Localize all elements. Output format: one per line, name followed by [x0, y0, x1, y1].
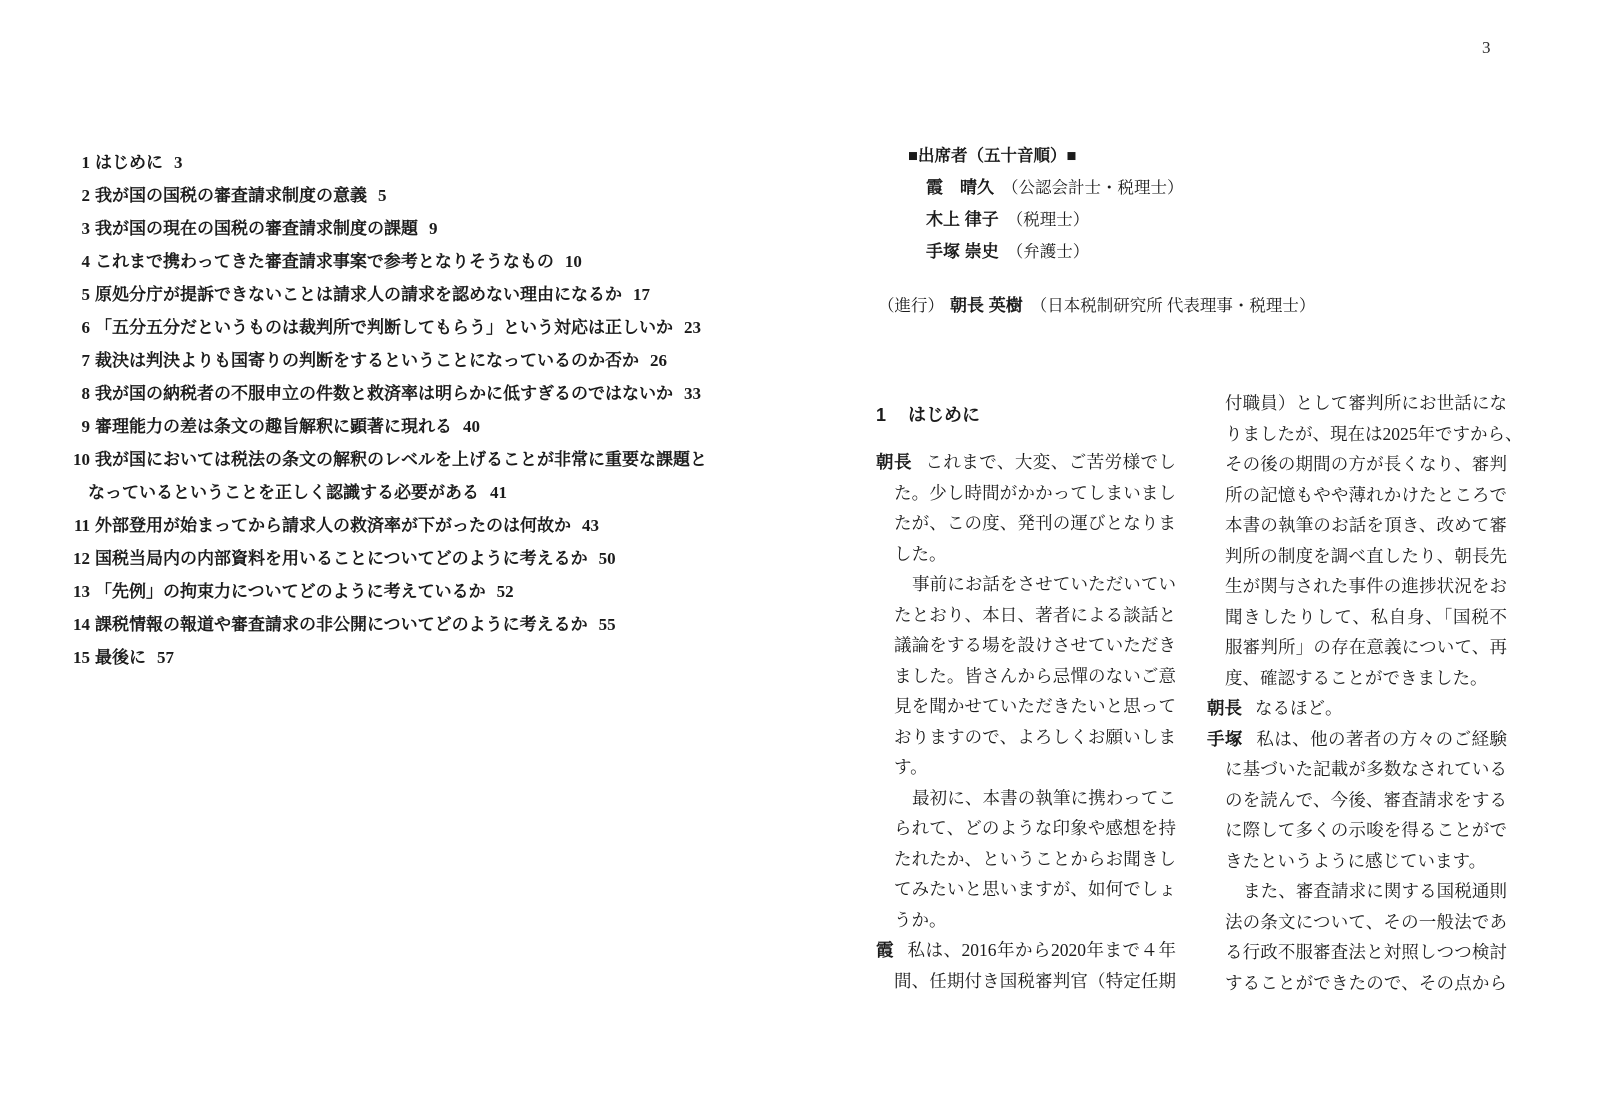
dialogue-text: ました。皆さんから忌憚のないご意	[894, 666, 1176, 686]
dialogue-text: なるほど。	[1255, 698, 1343, 718]
dialogue-line: 生が関与された事件の進捗状況をお	[1225, 571, 1507, 602]
dialogue-text: 判所の制度を調べ直したり、朝長先	[1225, 546, 1507, 566]
toc-item-page: 26	[650, 351, 667, 370]
dialogue-text: 聞きしたりして、私自身、「国税不	[1225, 607, 1507, 627]
moderator-line: （進行）朝長 英樹（日本税制研究所 代表理事・税理士）	[878, 290, 1315, 321]
toc-item-number: 12	[68, 542, 90, 575]
toc-item-number: 3	[68, 212, 90, 245]
toc-item: 10我が国においては税法の条文の解釈のレベルを上げることが非常に重要な課題となっ…	[68, 443, 718, 509]
dialogue-line: られて、どのような印象や感想を持	[894, 813, 1176, 844]
attendee-name: 木上 律子	[926, 210, 999, 229]
toc-item-page: 43	[582, 516, 599, 535]
toc-item-title: 裁決は判決よりも国寄りの判断をするということになっているのか否か	[95, 351, 639, 370]
dialogue-text: 付職員）として審判所にお世話にな	[1225, 393, 1507, 413]
dialogue-text: 法の条文について、その一般法であ	[1225, 912, 1507, 932]
attendee-name: 霞 晴久	[926, 178, 994, 197]
dialogue-line: る行政不服審査法と対照しつつ検討	[1225, 937, 1507, 968]
dialogue-text: りましたが、現在は2025年ですから、	[1225, 424, 1523, 444]
dialogue-line: たとおり、本日、著者による談話と	[894, 600, 1176, 631]
toc-item-page: 41	[490, 483, 507, 502]
toc-item-number: 6	[68, 311, 90, 344]
dialogue-text: に基づいた記載が多数なされている	[1225, 759, 1507, 779]
participants-header: ■出席者（五十音順）■	[908, 141, 1315, 172]
participants-block: ■出席者（五十音順）■ 霞 晴久（公認会計士・税理士）木上 律子（税理士）手塚 …	[878, 141, 1315, 321]
dialogue-text: 議論をする場を設けさせていただき	[894, 635, 1176, 655]
toc-item-title: 我が国の国税の審査請求制度の意義	[95, 186, 367, 205]
toc-item: 11外部登用が始まってから請求人の救済率が下がったのは何故か43	[68, 509, 718, 542]
toc-item-page: 23	[684, 318, 701, 337]
attendee-role: （弁護士）	[1007, 242, 1090, 261]
toc-item-title: これまで携わってきた審査請求事案で参考となりそうなもの	[95, 252, 554, 271]
toc-item-number: 4	[68, 245, 90, 278]
toc-item: 7裁決は判決よりも国寄りの判断をするということになっているのか否か26	[68, 344, 718, 377]
toc-item-title: 外部登用が始まってから請求人の救済率が下がったのは何故か	[95, 516, 571, 535]
dialogue-line: りましたが、現在は2025年ですから、	[1225, 419, 1507, 450]
toc-item: 5原処分庁が提訴できないことは請求人の請求を認めない理由になるか17	[68, 278, 718, 311]
section-title: はじめに	[908, 405, 980, 425]
toc-item-title: 審理能力の差は条文の趣旨解釈に顕著に現れる	[95, 417, 452, 436]
dialogue-text: その後の期間の方が長くなり、審判	[1225, 454, 1507, 474]
toc-item-page: 40	[463, 417, 480, 436]
book-spread-page: 3 1はじめに32我が国の国税の審査請求制度の意義53我が国の現在の国税の審査請…	[0, 0, 1600, 1118]
dialogue-text: 生が関与された事件の進捗状況をお	[1225, 576, 1507, 596]
dialogue-line: 間、任期付き国税審判官（特定任期	[894, 966, 1176, 997]
dialogue-line: たが、この度、発刊の運びとなりま	[894, 508, 1176, 539]
dialogue-line: 聞きしたりして、私自身、「国税不	[1225, 602, 1507, 633]
attendee-row: 木上 律子（税理士）	[926, 204, 1315, 236]
toc-item-title: 国税当局内の内部資料を用いることについてどのように考えるか	[95, 549, 588, 568]
toc-item-number: 13	[68, 575, 90, 608]
dialogue-text: 服審判所」の存在意義について、再	[1225, 637, 1507, 657]
attendee-role: （公認会計士・税理士）	[1002, 178, 1184, 197]
attendee-row: 霞 晴久（公認会計士・税理士）	[926, 172, 1315, 204]
toc-item-page: 52	[497, 582, 514, 601]
dialogue-text: きたというように感じています。	[1225, 851, 1486, 871]
dialogue-line: 本書の執筆のお話を頂き、改めて審	[1225, 510, 1507, 541]
dialogue-text: 見を聞かせていただきたいと思って	[894, 696, 1176, 716]
dialogue-text: 事前にお話をさせていただいてい	[912, 574, 1176, 594]
dialogue-text: 所の記憶もやや薄れかけたところで	[1225, 485, 1507, 505]
dialogue-line: 見を聞かせていただきたいと思って	[894, 691, 1176, 722]
toc-item: 3我が国の現在の国税の審査請求制度の課題9	[68, 212, 718, 245]
dialogue-text: 間、任期付き国税審判官（特定任期	[894, 971, 1176, 991]
dialogue-column-left: 朝長これまで、大変、ご苦労様でした。少し時間がかかってしまいましたが、この度、発…	[876, 447, 1176, 996]
dialogue-line: 法の条文について、その一般法であ	[1225, 907, 1507, 938]
dialogue-line: 事前にお話をさせていただいてい	[912, 569, 1176, 600]
dialogue-text: これまで、大変、ご苦労様でし	[925, 452, 1176, 472]
dialogue-text: 度、確認することができました。	[1225, 668, 1488, 688]
dialogue-line: たれたか、ということからお聞きし	[894, 844, 1176, 875]
dialogue-column-right: 付職員）として審判所にお世話になりましたが、現在は2025年ですから、その後の期…	[1207, 388, 1507, 998]
dialogue-line: てみたいと思いますが、如何でしょ	[894, 874, 1176, 905]
dialogue-text: 本書の執筆のお話を頂き、改めて審	[1225, 515, 1507, 535]
dialogue-text: たとおり、本日、著者による談話と	[894, 605, 1176, 625]
dialogue-text: す。	[894, 757, 928, 777]
moderator-prefix: （進行）	[878, 296, 944, 315]
toc-item: 4これまで携わってきた審査請求事案で参考となりそうなもの10	[68, 245, 718, 278]
dialogue-line: 度、確認することができました。	[1225, 663, 1507, 694]
toc-item-number: 5	[68, 278, 90, 311]
toc-item-title: 我が国においては税法の条文の解釈のレベルを上げることが非常に重要な課題となってい…	[88, 450, 707, 502]
dialogue-line: 最初に、本書の執筆に携わってこ	[912, 783, 1176, 814]
toc-item-title: 原処分庁が提訴できないことは請求人の請求を認めない理由になるか	[95, 285, 622, 304]
toc-item-number: 2	[68, 179, 90, 212]
dialogue-line: のを読んで、今後、審査請求をする	[1225, 785, 1507, 816]
toc-item-title: 「五分五分だというものは裁判所で判断してもらう」という対応は正しいか	[95, 318, 673, 337]
toc-item-page: 9	[429, 219, 438, 238]
dialogue-line: 朝長これまで、大変、ご苦労様でし	[876, 447, 1176, 478]
dialogue-line: に基づいた記載が多数なされている	[1225, 754, 1507, 785]
toc-item: 12国税当局内の内部資料を用いることについてどのように考えるか50	[68, 542, 718, 575]
toc-item-page: 55	[599, 615, 616, 634]
attendee-name: 手塚 崇史	[926, 242, 999, 261]
dialogue-line: 霞私は、2016年から2020年まで４年	[876, 935, 1176, 966]
toc-item: 1はじめに3	[68, 146, 718, 179]
dialogue-line: ました。皆さんから忌憚のないご意	[894, 661, 1176, 692]
dialogue-line: 判所の制度を調べ直したり、朝長先	[1225, 541, 1507, 572]
toc-item-number: 1	[68, 146, 90, 179]
dialogue-line: た。少し時間がかかってしまいまし	[894, 478, 1176, 509]
speaker-label: 手塚	[1207, 729, 1243, 749]
toc-item-page: 33	[684, 384, 701, 403]
dialogue-line: 手塚私は、他の著者の方々のご経験	[1207, 724, 1507, 755]
toc-item-title: 「先例」の拘束力についてどのように考えているか	[95, 582, 486, 601]
speaker-label: 朝長	[1207, 698, 1242, 718]
toc-item-page: 17	[633, 285, 650, 304]
toc-item: 14課税情報の報道や審査請求の非公開についてどのように考えるか55	[68, 608, 718, 641]
dialogue-text: てみたいと思いますが、如何でしょ	[894, 879, 1176, 899]
toc-item-number: 10	[68, 443, 90, 476]
dialogue-text: した。	[894, 544, 947, 564]
toc-item: 2我が国の国税の審査請求制度の意義5	[68, 179, 718, 212]
dialogue-text: うか。	[894, 910, 947, 930]
dialogue-text: することができたので、その点から	[1225, 973, 1507, 993]
dialogue-line: に際して多くの示唆を得ることがで	[1225, 815, 1507, 846]
section-heading: 1はじめに	[876, 402, 980, 428]
toc-item-number: 9	[68, 410, 90, 443]
toc-item: 9審理能力の差は条文の趣旨解釈に顕著に現れる40	[68, 410, 718, 443]
dialogue-text: た。少し時間がかかってしまいまし	[894, 483, 1176, 503]
dialogue-line: うか。	[894, 905, 1176, 936]
dialogue-text: おりますので、よろしくお願いしま	[894, 727, 1176, 747]
dialogue-line: きたというように感じています。	[1225, 846, 1507, 877]
toc-item-number: 8	[68, 377, 90, 410]
dialogue-line: 議論をする場を設けさせていただき	[894, 630, 1176, 661]
toc-item-title: 我が国の現在の国税の審査請求制度の課題	[95, 219, 418, 238]
toc-item-page: 3	[174, 153, 183, 172]
toc-item-page: 10	[565, 252, 582, 271]
toc-item-title: 我が国の納税者の不服申立の件数と救済率は明らかに低すぎるのではないか	[95, 384, 673, 403]
toc-item: 15最後に57	[68, 641, 718, 674]
dialogue-line: 服審判所」の存在意義について、再	[1225, 632, 1507, 663]
dialogue-line: 所の記憶もやや薄れかけたところで	[1225, 480, 1507, 511]
toc-item-page: 57	[157, 648, 174, 667]
dialogue-text: たが、この度、発刊の運びとなりま	[894, 513, 1176, 533]
dialogue-text: また、審査請求に関する国税通則	[1243, 881, 1507, 901]
table-of-contents: 1はじめに32我が国の国税の審査請求制度の意義53我が国の現在の国税の審査請求制…	[68, 146, 728, 674]
dialogue-line: 付職員）として審判所にお世話にな	[1225, 388, 1507, 419]
speaker-label: 霞	[876, 940, 894, 960]
dialogue-line: おりますので、よろしくお願いしま	[894, 722, 1176, 753]
dialogue-text: たれたか、ということからお聞きし	[894, 849, 1176, 869]
attendee-list: 霞 晴久（公認会計士・税理士）木上 律子（税理士）手塚 崇史（弁護士）	[878, 172, 1315, 268]
dialogue-line: 朝長なるほど。	[1207, 693, 1507, 724]
dialogue-text: 最初に、本書の執筆に携わってこ	[912, 788, 1176, 808]
section-number: 1	[876, 405, 886, 425]
toc-item-title: 課税情報の報道や審査請求の非公開についてどのように考えるか	[95, 615, 588, 634]
toc-item: 8我が国の納税者の不服申立の件数と救済率は明らかに低すぎるのではないか33	[68, 377, 718, 410]
moderator-role: （日本税制研究所 代表理事・税理士）	[1031, 296, 1316, 315]
attendee-row: 手塚 崇史（弁護士）	[926, 236, 1315, 268]
dialogue-line: その後の期間の方が長くなり、審判	[1225, 449, 1507, 480]
toc-item: 6「五分五分だというものは裁判所で判断してもらう」という対応は正しいか23	[68, 311, 718, 344]
moderator-name: 朝長 英樹	[950, 296, 1023, 315]
dialogue-line: した。	[894, 539, 1176, 570]
toc-item-number: 11	[68, 509, 90, 542]
toc-item-number: 15	[68, 641, 90, 674]
dialogue-text: 私は、他の著者の方々のご経験	[1256, 729, 1507, 749]
toc-item-title: 最後に	[95, 648, 146, 667]
attendee-role: （税理士）	[1007, 210, 1090, 229]
dialogue-line: することができたので、その点から	[1225, 968, 1507, 999]
dialogue-text: 私は、2016年から2020年まで４年	[907, 940, 1176, 960]
toc-item-page: 5	[378, 186, 387, 205]
speaker-label: 朝長	[876, 452, 912, 472]
toc-item: 13「先例」の拘束力についてどのように考えているか52	[68, 575, 718, 608]
dialogue-text: のを読んで、今後、審査請求をする	[1225, 790, 1507, 810]
toc-item-title: はじめに	[95, 153, 163, 172]
dialogue-text: に際して多くの示唆を得ることがで	[1225, 820, 1507, 840]
dialogue-text: られて、どのような印象や感想を持	[894, 818, 1176, 838]
dialogue-line: また、審査請求に関する国税通則	[1243, 876, 1507, 907]
dialogue-text: る行政不服審査法と対照しつつ検討	[1225, 942, 1507, 962]
toc-item-number: 14	[68, 608, 90, 641]
toc-item-page: 50	[599, 549, 616, 568]
dialogue-line: す。	[894, 752, 1176, 783]
toc-item-number: 7	[68, 344, 90, 377]
page-number: 3	[1482, 38, 1491, 58]
